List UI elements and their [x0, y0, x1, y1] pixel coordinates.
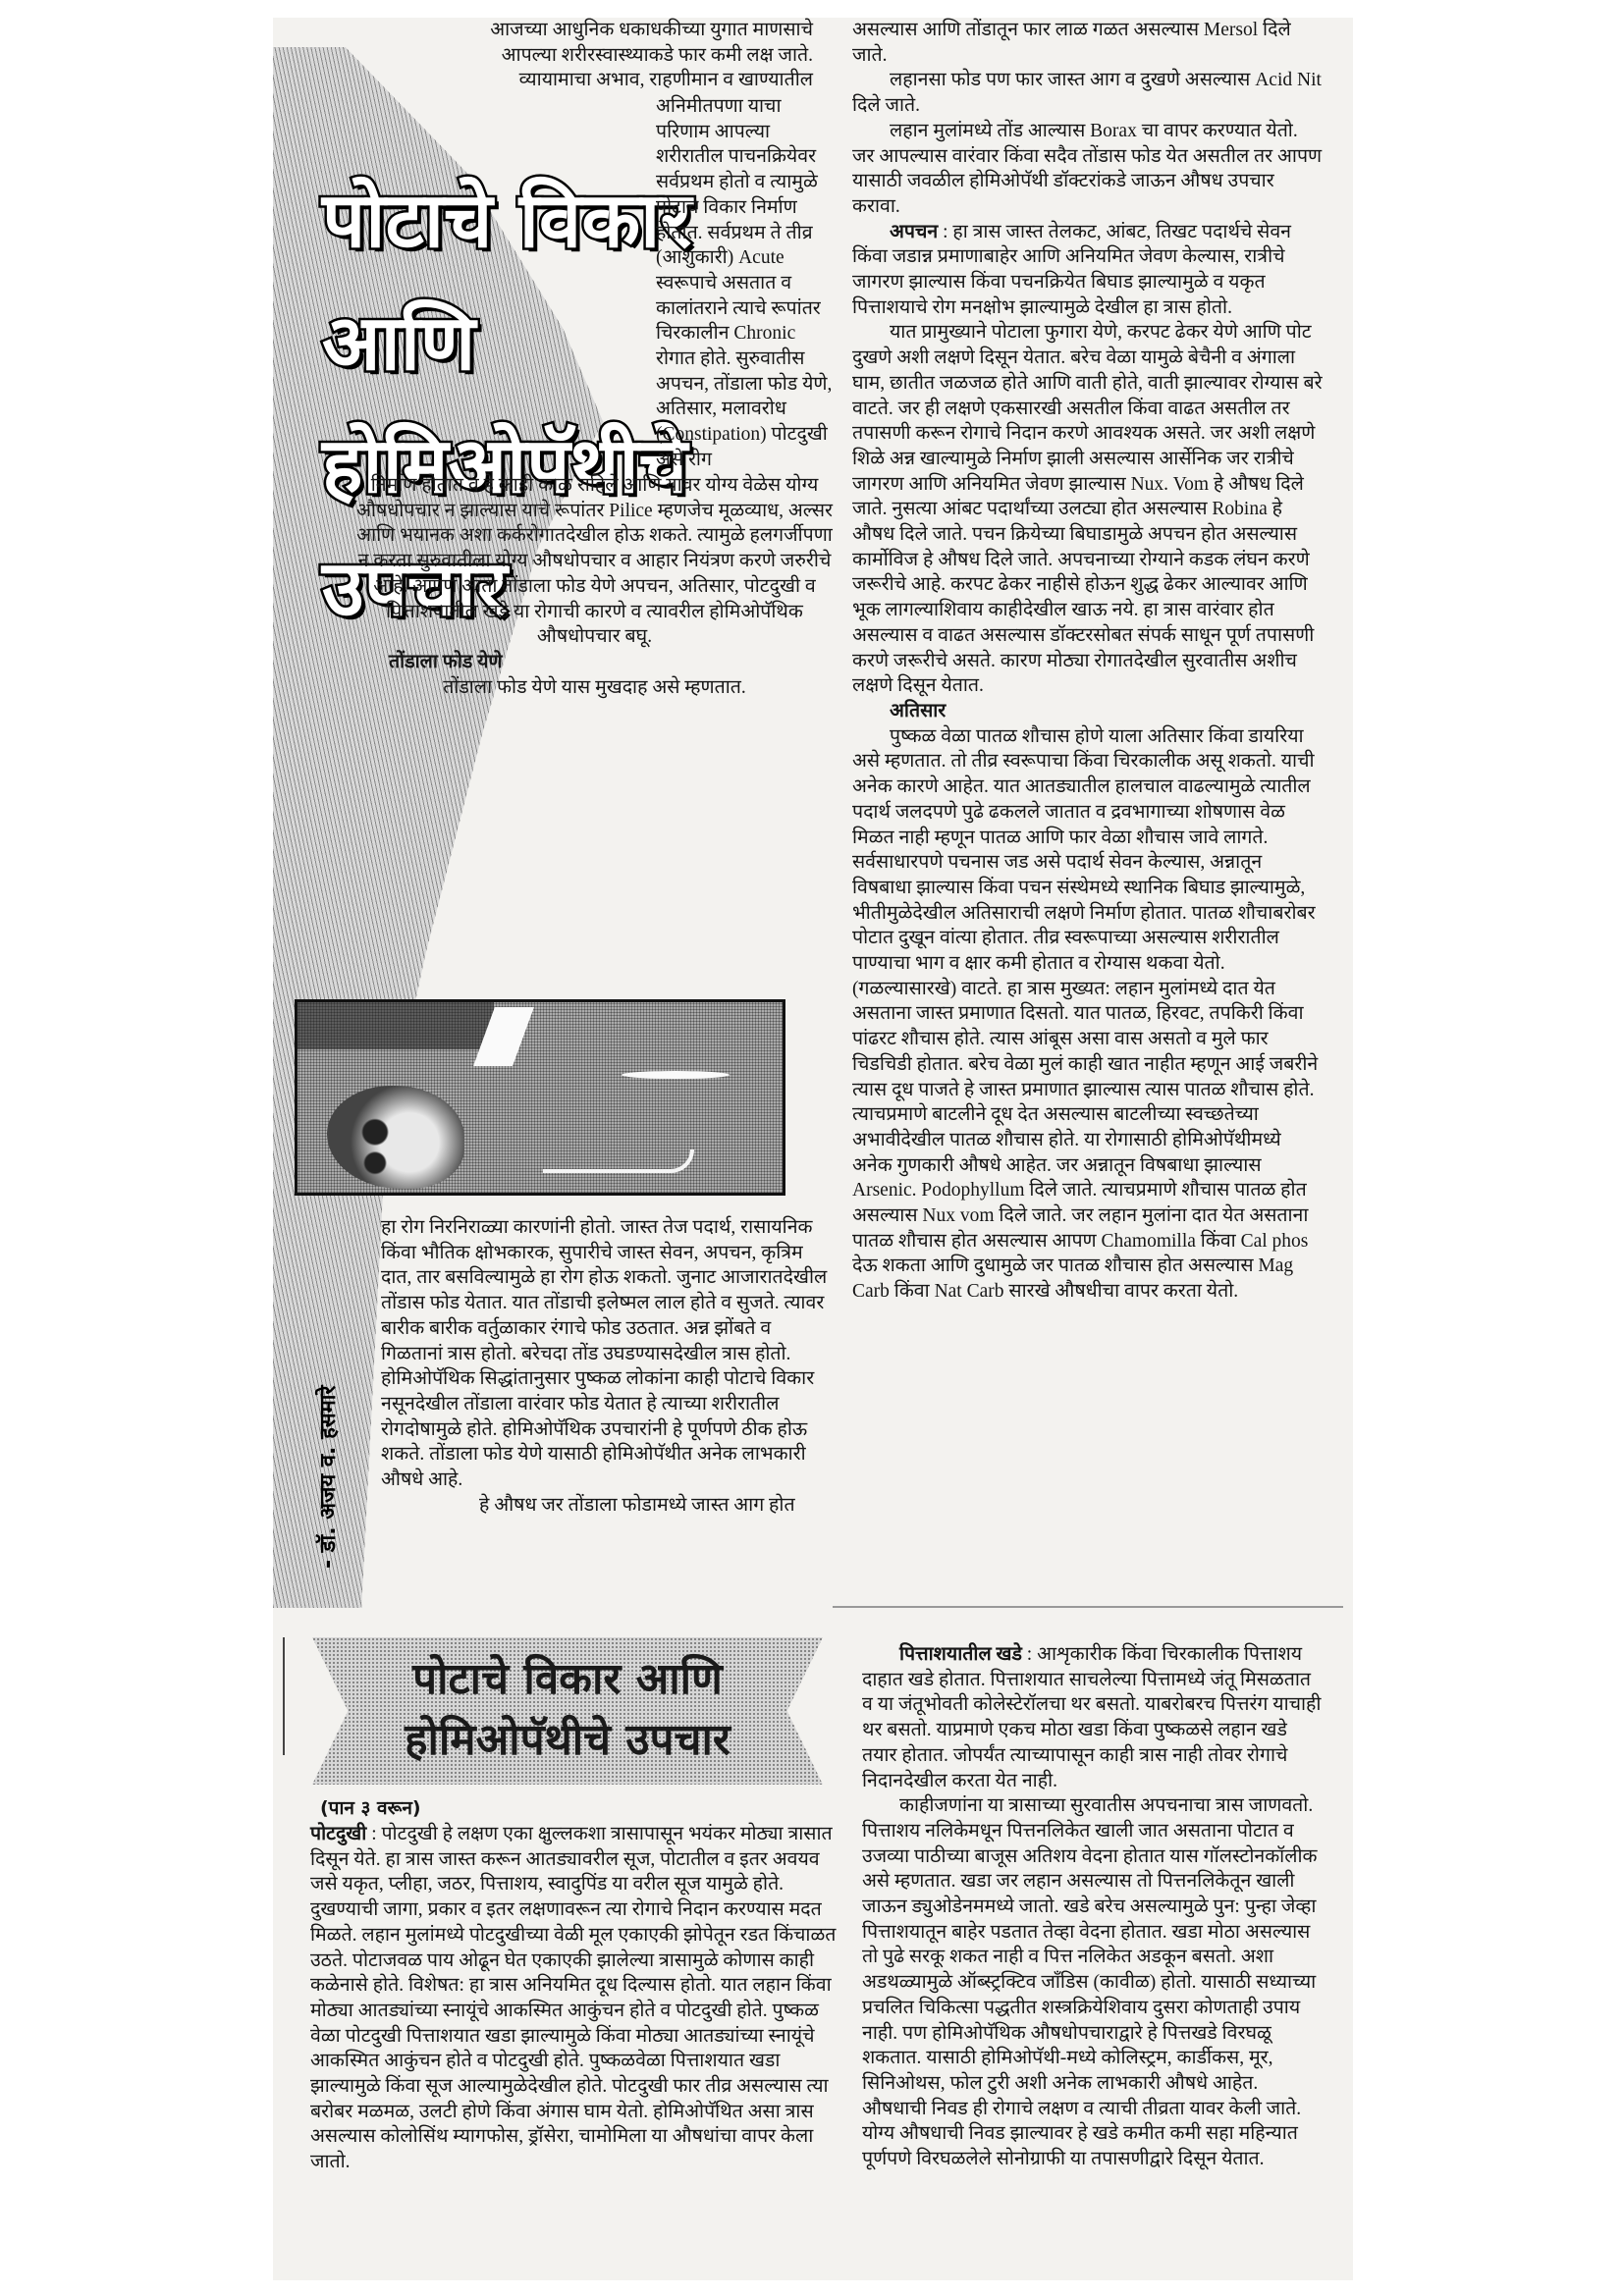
mouth-ulcer-body: हा रोग निरनिराळ्या कारणांनी होतो. जास्त …: [381, 1215, 833, 1518]
gallstones-paragraph: पित्ताशयातील खडे : आशृकारीक किंवा चिरकाल…: [862, 1642, 1324, 1793]
divider-line: [833, 1606, 1343, 1608]
intro-line: आपल्या शरीरस्वास्थ्याकडे फार कमी लक्ष जा…: [420, 43, 813, 69]
gallstones-paragraph-2: काहीजणांना या त्रासाच्या सुरवातीस अपचनाच…: [862, 1793, 1324, 2172]
intro-line: व्यायामाचा अभाव, राहणीमान व खाण्यातील: [420, 68, 813, 93]
mouth-ulcer-tail: हे औषध जर तोंडाला फोडामध्ये जास्त आग होत: [381, 1493, 833, 1519]
section-heading-gallstones: पित्ताशयातील खडे: [899, 1644, 1022, 1665]
photo-person-face: [327, 1086, 464, 1189]
indigestion-paragraph-2: यात प्रामुख्याने पोटाला फुगारा येणे, करप…: [852, 320, 1324, 699]
heading-separator: :: [366, 1824, 381, 1844]
section-heading-stomach-ache: पोटदुखी: [310, 1824, 366, 1844]
heading-separator: :: [938, 222, 952, 242]
gallstones-column: पित्ताशयातील खडे : आशृकारीक किंवा चिरकाल…: [862, 1642, 1324, 2172]
newspaper-clipping: पोटाचे विकार आणि होमिओपॅथीचे उपचार आजच्य…: [273, 18, 1353, 2280]
photo-highlight: [622, 1071, 730, 1079]
right-paragraph: लहान मुलांमध्ये तोंड आल्यास Borax चा वाप…: [852, 119, 1324, 220]
stomach-ache-paragraph: पोटदुखी : पोटदुखी हे लक्षण एका क्षुल्लकश…: [310, 1822, 840, 2175]
right-paragraph: लहानसा फोड पण फार जास्त आग व दुखणे असल्य…: [852, 68, 1324, 118]
continued-from-label: (पान ३ वरून): [320, 1794, 421, 1820]
author-byline: - डॉ. अजय व. हसमारे: [312, 1386, 342, 1569]
continuation-title: पोटाचे विकार आणि होमिओपॅथीचे उपचार: [312, 1649, 823, 1771]
banner-line: होमिओपॅथीचे उपचार: [312, 1710, 823, 1771]
section-heading-indigestion: अपचन: [890, 222, 938, 242]
diarrhea-paragraph: पुष्कळ वेळा पातळ शौचास होणे याला अतिसार …: [852, 724, 1324, 1305]
stomach-ache-text: पोटदुखी हे लक्षण एका क्षुल्लकशा त्रासापा…: [310, 1824, 836, 2172]
intro-wide-paragraph: निर्माण होतात व हे काही काळ राहिले आणि य…: [352, 473, 838, 700]
section-heading-diarrhea: अतिसार: [852, 699, 1324, 724]
banner-line: पोटाचे विकार आणि: [312, 1649, 823, 1710]
photo-shadow: [298, 1002, 494, 1049]
intro-wide-text: निर्माण होतात व हे काही काळ राहिले आणि य…: [352, 473, 838, 650]
right-paragraph: असल्यास आणि तोंडातून फार लाळ गळत असल्यास…: [852, 18, 1324, 68]
photo-tube: [543, 1149, 694, 1173]
indigestion-paragraph: अपचन : हा त्रास जास्त तेलकट, आंबट, तिखट …: [852, 220, 1324, 321]
mouth-ulcer-lead: तोंडाला फोड येणे यास मुखदाह असे म्हणतात.: [352, 675, 838, 701]
intro-narrow-column: अनिमीतपणा याचा परिणाम आपल्या शरीरातील पा…: [656, 94, 838, 473]
mouth-ulcer-text: हा रोग निरनिराळ्या कारणांनी होतो. जास्त …: [381, 1215, 833, 1493]
intro-line: आजच्या आधुनिक धकाधकीच्या युगात माणसाचे: [420, 18, 813, 43]
article-photo: [295, 999, 785, 1196]
intro-paragraph: आजच्या आधुनिक धकाधकीच्या युगात माणसाचे आ…: [420, 18, 813, 93]
section-heading-mouth-ulcer: तोंडाला फोड येणे: [352, 650, 838, 675]
stomach-ache-column: पोटदुखी : पोटदुखी हे लक्षण एका क्षुल्लकश…: [310, 1822, 840, 2175]
heading-separator: :: [1022, 1644, 1037, 1665]
right-column: असल्यास आणि तोंडातून फार लाळ गळत असल्यास…: [852, 18, 1324, 1305]
gallstones-text: आशृकारीक किंवा चिरकालीक पित्ताशय दाहात ख…: [862, 1644, 1321, 1791]
divider-line: [283, 1637, 285, 1755]
